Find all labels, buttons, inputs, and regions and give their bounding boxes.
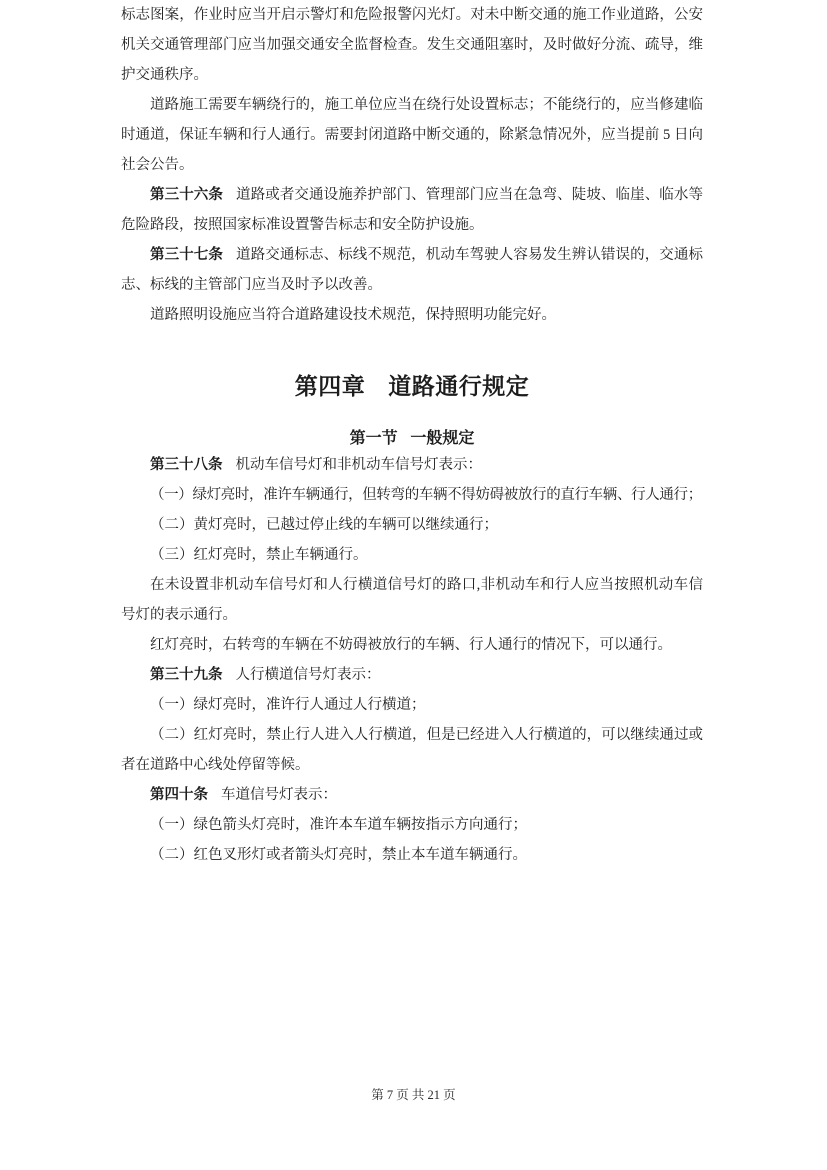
continuation-paragraph: 标志图案，作业时应当开启示警灯和危险报警闪光灯。对未中断交通的施工作业道路，公安… bbox=[121, 0, 703, 90]
chapter-title: 道路通行规定 bbox=[388, 373, 529, 399]
article-39-number: 第三十九条 bbox=[150, 667, 223, 683]
article-39-item-1: （一）绿灯亮时，准许行人通过人行横道； bbox=[121, 690, 703, 720]
article-40-paragraph: 第四十条车道信号灯表示： bbox=[121, 780, 703, 810]
content-area: 标志图案，作业时应当开启示警灯和危险报警闪光灯。对未中断交通的施工作业道路，公安… bbox=[121, 0, 703, 870]
article-38-paragraph-2: 在未设置非机动车信号灯和人行横道信号灯的路口,非机动车和行人应当按照机动车信号灯… bbox=[121, 570, 703, 630]
article-38-paragraph: 第三十八条机动车信号灯和非机动车信号灯表示： bbox=[121, 450, 703, 480]
article-37-paragraph-2: 道路照明设施应当符合道路建设技术规范，保持照明功能完好。 bbox=[121, 300, 703, 330]
article-40-number: 第四十条 bbox=[150, 787, 208, 803]
chapter-number: 第四章 bbox=[295, 373, 366, 399]
article-36-number: 第三十六条 bbox=[150, 187, 223, 203]
article-36-paragraph: 第三十六条道路或者交通设施养护部门、管理部门应当在急弯、陡坡、临崖、临水等危险路… bbox=[121, 180, 703, 240]
article-38-item-1: （一）绿灯亮时，准许车辆通行，但转弯的车辆不得妨碍被放行的直行车辆、行人通行； bbox=[121, 480, 703, 510]
article-38-number: 第三十八条 bbox=[150, 457, 223, 473]
article-38-paragraph-3: 红灯亮时，右转弯的车辆在不妨碍被放行的车辆、行人通行的情况下，可以通行。 bbox=[121, 630, 703, 660]
chapter-heading: 第四章道路通行规定 bbox=[121, 368, 703, 404]
article-40-item-2: （二）红色叉形灯或者箭头灯亮时，禁止本车道车辆通行。 bbox=[121, 840, 703, 870]
detour-paragraph: 道路施工需要车辆绕行的，施工单位应当在绕行处设置标志；不能绕行的，应当修建临时通… bbox=[121, 90, 703, 180]
article-40-intro: 车道信号灯表示： bbox=[221, 787, 337, 803]
section-title: 一般规定 bbox=[410, 430, 474, 447]
article-38-intro: 机动车信号灯和非机动车信号灯表示： bbox=[236, 457, 483, 473]
article-37-paragraph: 第三十七条道路交通标志、标线不规范，机动车驾驶人容易发生辨认错误的，交通标志、标… bbox=[121, 240, 703, 300]
section-number: 第一节 bbox=[350, 430, 398, 447]
article-38-item-2: （二）黄灯亮时，已越过停止线的车辆可以继续通行； bbox=[121, 510, 703, 540]
article-39-paragraph: 第三十九条人行横道信号灯表示： bbox=[121, 660, 703, 690]
article-39-intro: 人行横道信号灯表示： bbox=[236, 667, 381, 683]
article-38-item-3: （三）红灯亮时，禁止车辆通行。 bbox=[121, 540, 703, 570]
document-page: 标志图案，作业时应当开启示警灯和危险报警闪光灯。对未中断交通的施工作业道路，公安… bbox=[0, 0, 827, 1170]
article-39-item-2: （二）红灯亮时，禁止行人进入人行横道，但是已经进入人行横道的，可以继续通过或者在… bbox=[121, 720, 703, 780]
article-37-number: 第三十七条 bbox=[150, 247, 223, 263]
article-40-item-1: （一）绿色箭头灯亮时，准许本车道车辆按指示方向通行； bbox=[121, 810, 703, 840]
section-heading: 第一节一般规定 bbox=[121, 428, 703, 450]
page-footer: 第 7 页 共 21 页 bbox=[0, 1086, 827, 1104]
